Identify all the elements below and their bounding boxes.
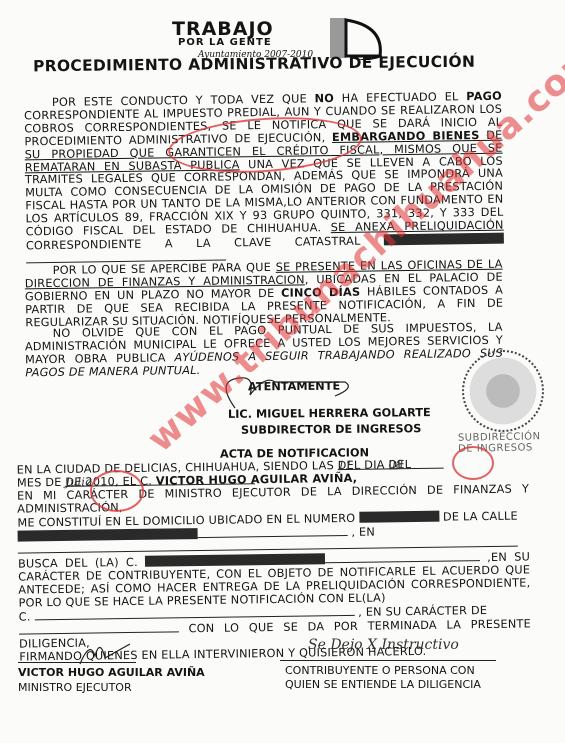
text: , EN bbox=[351, 525, 375, 538]
redacted-taxpayer-name bbox=[145, 554, 325, 568]
contributor-label-2: QUIEN SE ENTIENDE LA DILIGENCIA bbox=[285, 678, 481, 691]
text: ,EN SU bbox=[487, 551, 530, 565]
text: MES DE bbox=[17, 476, 62, 490]
fill-line bbox=[198, 526, 348, 538]
text: DE LA CALLE bbox=[443, 509, 518, 523]
fill-line bbox=[325, 551, 480, 563]
redacted-street bbox=[18, 528, 198, 542]
text: CARÁCTER DE CONTRIBUYENTE, CON EL OBJETO… bbox=[18, 564, 530, 610]
annotation-circle-day bbox=[452, 446, 494, 480]
signature-scribble-icon bbox=[195, 370, 355, 410]
signer-role: SUBDIRECTOR DE INGRESOS bbox=[241, 422, 422, 437]
redacted-cadastral-key bbox=[384, 233, 504, 246]
text: C. bbox=[19, 610, 31, 623]
bold-no: NO bbox=[314, 92, 334, 105]
official-seal-icon bbox=[462, 350, 544, 432]
handwritten-note: Se Dejo X Instructivo bbox=[308, 637, 459, 653]
document-title: PROCEDIMIENTO ADMINISTRATIVO DE EJECUCIÓ… bbox=[33, 53, 475, 76]
bold-pago: PAGO bbox=[466, 90, 502, 103]
paragraph-warning: POR LO QUE SE APERCIBE PARA QUE SE PRESE… bbox=[25, 259, 504, 330]
executor-signature-name: VICTOR HUGO AGUILAR AVIÑA bbox=[18, 666, 205, 679]
bold-cinco-dias: CINCO DÍAS bbox=[281, 285, 360, 299]
text: , EN SU CARÁCTER DE bbox=[358, 604, 487, 619]
redacted-number bbox=[359, 510, 439, 522]
underlined-text: SE ANEXA PRELIQUIDACIÓN bbox=[331, 219, 504, 234]
signature-line bbox=[280, 660, 496, 661]
signature-line bbox=[18, 662, 136, 663]
fill-line bbox=[19, 622, 179, 634]
executor-role: MINISTRO EJECUTOR bbox=[18, 681, 132, 694]
day-field: 08 bbox=[388, 459, 443, 470]
annotation-circle-month bbox=[90, 470, 144, 512]
scanned-document: TRABAJO POR LA GENTE Ayuntamiento 2007-2… bbox=[0, 0, 565, 743]
contributor-label-1: CONTRIBUYENTE O PERSONA CON bbox=[285, 664, 475, 677]
logo-line-2: POR LA GENTE bbox=[178, 37, 272, 48]
